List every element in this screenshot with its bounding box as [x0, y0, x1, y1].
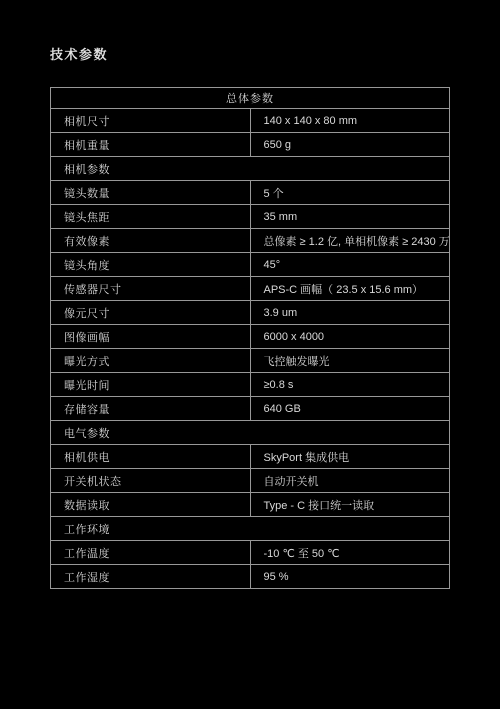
spec-row: 相机重量650 g — [51, 133, 450, 157]
spec-label: 工作温度 — [51, 541, 251, 565]
spec-value: 45° — [250, 253, 450, 277]
spec-value: 6000 x 4000 — [250, 325, 450, 349]
spec-row: 数据读取Type - C 接口统一读取 — [51, 493, 450, 517]
spec-row: 相机供电SkyPort 集成供电 — [51, 445, 450, 469]
spec-label: 传感器尺寸 — [51, 277, 251, 301]
table-header-label: 总体参数 — [51, 88, 450, 109]
spec-row: 相机尺寸140 x 140 x 80 mm — [51, 109, 450, 133]
spec-table: 总体参数 相机尺寸140 x 140 x 80 mm相机重量650 g相机参数镜… — [50, 87, 450, 589]
spec-label: 镜头焦距 — [51, 205, 251, 229]
spec-row: 镜头焦距35 mm — [51, 205, 450, 229]
table-header-row: 总体参数 — [51, 88, 450, 109]
spec-row: 镜头角度45° — [51, 253, 450, 277]
spec-value: 640 GB — [250, 397, 450, 421]
page-title: 技术参数 — [50, 44, 108, 63]
spec-table-body: 相机尺寸140 x 140 x 80 mm相机重量650 g相机参数镜头数量5 … — [51, 109, 450, 589]
spec-row: 曝光方式飞控触发曝光 — [51, 349, 450, 373]
spec-row: 镜头数量5 个 — [51, 181, 450, 205]
spec-row: 开关机状态自动开关机 — [51, 469, 450, 493]
spec-label: 像元尺寸 — [51, 301, 251, 325]
spec-value: 飞控触发曝光 — [250, 349, 450, 373]
spec-row: 有效像素总像素 ≥ 1.2 亿, 单相机像素 ≥ 2430 万 — [51, 229, 450, 253]
spec-row: 传感器尺寸APS-C 画幅（ 23.5 x 15.6 mm） — [51, 277, 450, 301]
spec-row: 曝光时间≥0.8 s — [51, 373, 450, 397]
spec-value: 650 g — [250, 133, 450, 157]
spec-value: 3.9 um — [250, 301, 450, 325]
section-label: 电气参数 — [51, 421, 450, 445]
spec-value: SkyPort 集成供电 — [250, 445, 450, 469]
spec-label: 数据读取 — [51, 493, 251, 517]
spec-value: 35 mm — [250, 205, 450, 229]
spec-label: 镜头数量 — [51, 181, 251, 205]
spec-value: Type - C 接口统一读取 — [250, 493, 450, 517]
spec-label: 相机供电 — [51, 445, 251, 469]
spec-label: 存储容量 — [51, 397, 251, 421]
spec-label: 相机重量 — [51, 133, 251, 157]
spec-label: 曝光方式 — [51, 349, 251, 373]
spec-label: 有效像素 — [51, 229, 251, 253]
section-label: 工作环境 — [51, 517, 450, 541]
spec-row: 图像画幅6000 x 4000 — [51, 325, 450, 349]
spec-label: 图像画幅 — [51, 325, 251, 349]
spec-value: 自动开关机 — [250, 469, 450, 493]
spec-row: 像元尺寸3.9 um — [51, 301, 450, 325]
spec-value: APS-C 画幅（ 23.5 x 15.6 mm） — [250, 277, 450, 301]
spec-label: 镜头角度 — [51, 253, 251, 277]
spec-label: 曝光时间 — [51, 373, 251, 397]
spec-row: 工作温度-10 ℃ 至 50 ℃ — [51, 541, 450, 565]
section-label: 相机参数 — [51, 157, 450, 181]
spec-value: -10 ℃ 至 50 ℃ — [250, 541, 450, 565]
spec-row: 工作湿度95 % — [51, 565, 450, 589]
spec-value: 5 个 — [250, 181, 450, 205]
spec-label: 工作湿度 — [51, 565, 251, 589]
spec-value: 140 x 140 x 80 mm — [250, 109, 450, 133]
spec-row: 存储容量640 GB — [51, 397, 450, 421]
spec-value: 总像素 ≥ 1.2 亿, 单相机像素 ≥ 2430 万 — [250, 229, 450, 253]
spec-label: 相机尺寸 — [51, 109, 251, 133]
spec-label: 开关机状态 — [51, 469, 251, 493]
spec-value: 95 % — [250, 565, 450, 589]
section-row: 相机参数 — [51, 157, 450, 181]
section-row: 电气参数 — [51, 421, 450, 445]
section-row: 工作环境 — [51, 517, 450, 541]
spec-value: ≥0.8 s — [250, 373, 450, 397]
page: 技术参数 总体参数 相机尺寸140 x 140 x 80 mm相机重量650 g… — [0, 0, 500, 709]
